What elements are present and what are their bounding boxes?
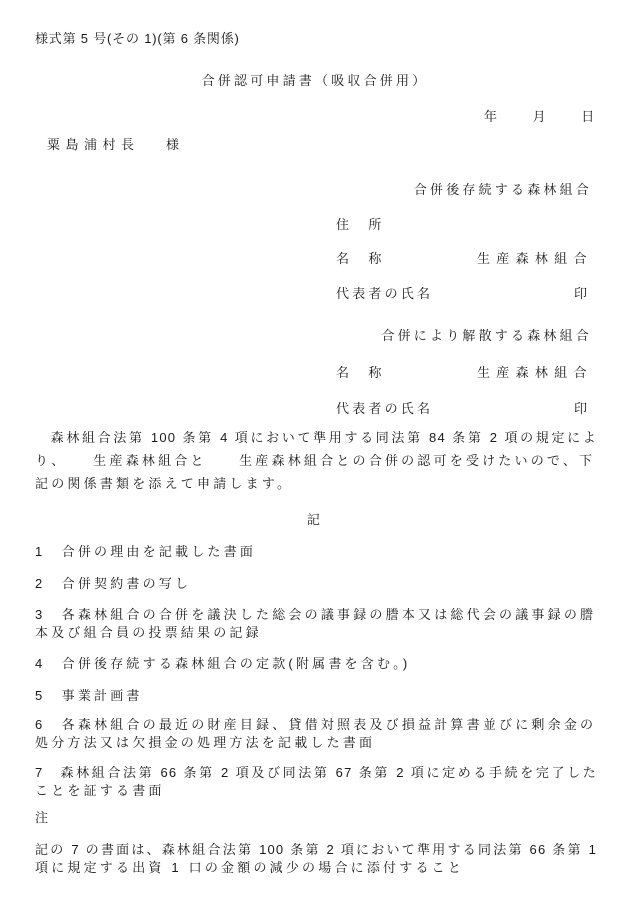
date-line: 年 月 日 xyxy=(484,110,597,123)
surviving-coop-header: 合併後存続する森林組合 xyxy=(414,183,592,196)
list-item-line: 3 各森林組合の合併を議決した総会の議事録の謄本又は総代会の議事録の謄 xyxy=(35,608,596,621)
document-title: 合併認可申請書（吸収合併用） xyxy=(0,74,630,87)
representative-label: 代表者の氏名 xyxy=(336,287,433,300)
application-form-page: 様式第 5 号(その 1)(第 6 条関係) 合併認可申請書（吸収合併用） 年 … xyxy=(0,0,630,915)
addressee-honorific: 様 xyxy=(166,138,182,151)
list-item-line: 本及び組合員の投票結果の記録 xyxy=(35,626,262,639)
seal-label: 印 xyxy=(574,287,590,300)
note-line: 項に規定する出資 1 口の金額の減少の場合に添付すること xyxy=(35,861,464,874)
name-label: 名 称 xyxy=(336,366,385,379)
list-item-line: 2 合併契約書の写し xyxy=(35,577,191,590)
coop-name-value: 生産森林組合 xyxy=(477,366,593,379)
list-item-line: 処分方法又は欠損金の処理方法を記載した書面 xyxy=(35,736,375,749)
body-line: 森林組合法第 100 条第 4 項において準用する同法第 84 条第 2 項の規… xyxy=(35,431,597,444)
list-item-line: 4 合併後存続する森林組合の定款(附属書を含む。) xyxy=(35,657,410,670)
representative-label: 代表者の氏名 xyxy=(336,402,433,415)
body-line: り、 生産森林組合と 生産森林組合との合併の認可を受けたいので、下 xyxy=(35,454,595,467)
addressee-name: 粟島浦村長 xyxy=(47,138,140,151)
form-number: 様式第 5 号(その 1)(第 6 条関係) xyxy=(35,32,240,45)
list-item-line: 5 事業計画書 xyxy=(35,689,143,702)
body-line: 記の関係書類を添えて申請します。 xyxy=(35,477,293,490)
note-label: 注 xyxy=(35,811,51,824)
list-item-line: 1 合併の理由を記載した書面 xyxy=(35,545,256,558)
note-line: 記の 7 の書面は、森林組合法第 100 条第 2 項において準用する同法第 6… xyxy=(35,843,597,856)
list-item-line: 7 森林組合法第 66 条第 2 項及び同法第 67 条第 2 項に定める手続を… xyxy=(35,766,597,779)
list-item-line: 6 各森林組合の最近の財産目録、貸借対照表及び損益計算書並びに剰余金の xyxy=(35,718,596,731)
seal-label: 印 xyxy=(574,402,590,415)
coop-name-value: 生産森林組合 xyxy=(477,252,593,265)
address-label: 住 所 xyxy=(336,218,385,231)
name-label: 名 称 xyxy=(336,252,385,265)
list-item-line: ことを証する書面 xyxy=(35,784,165,797)
dissolving-coop-header: 合併により解散する森林組合 xyxy=(381,329,592,342)
list-header: 記 xyxy=(0,513,630,526)
